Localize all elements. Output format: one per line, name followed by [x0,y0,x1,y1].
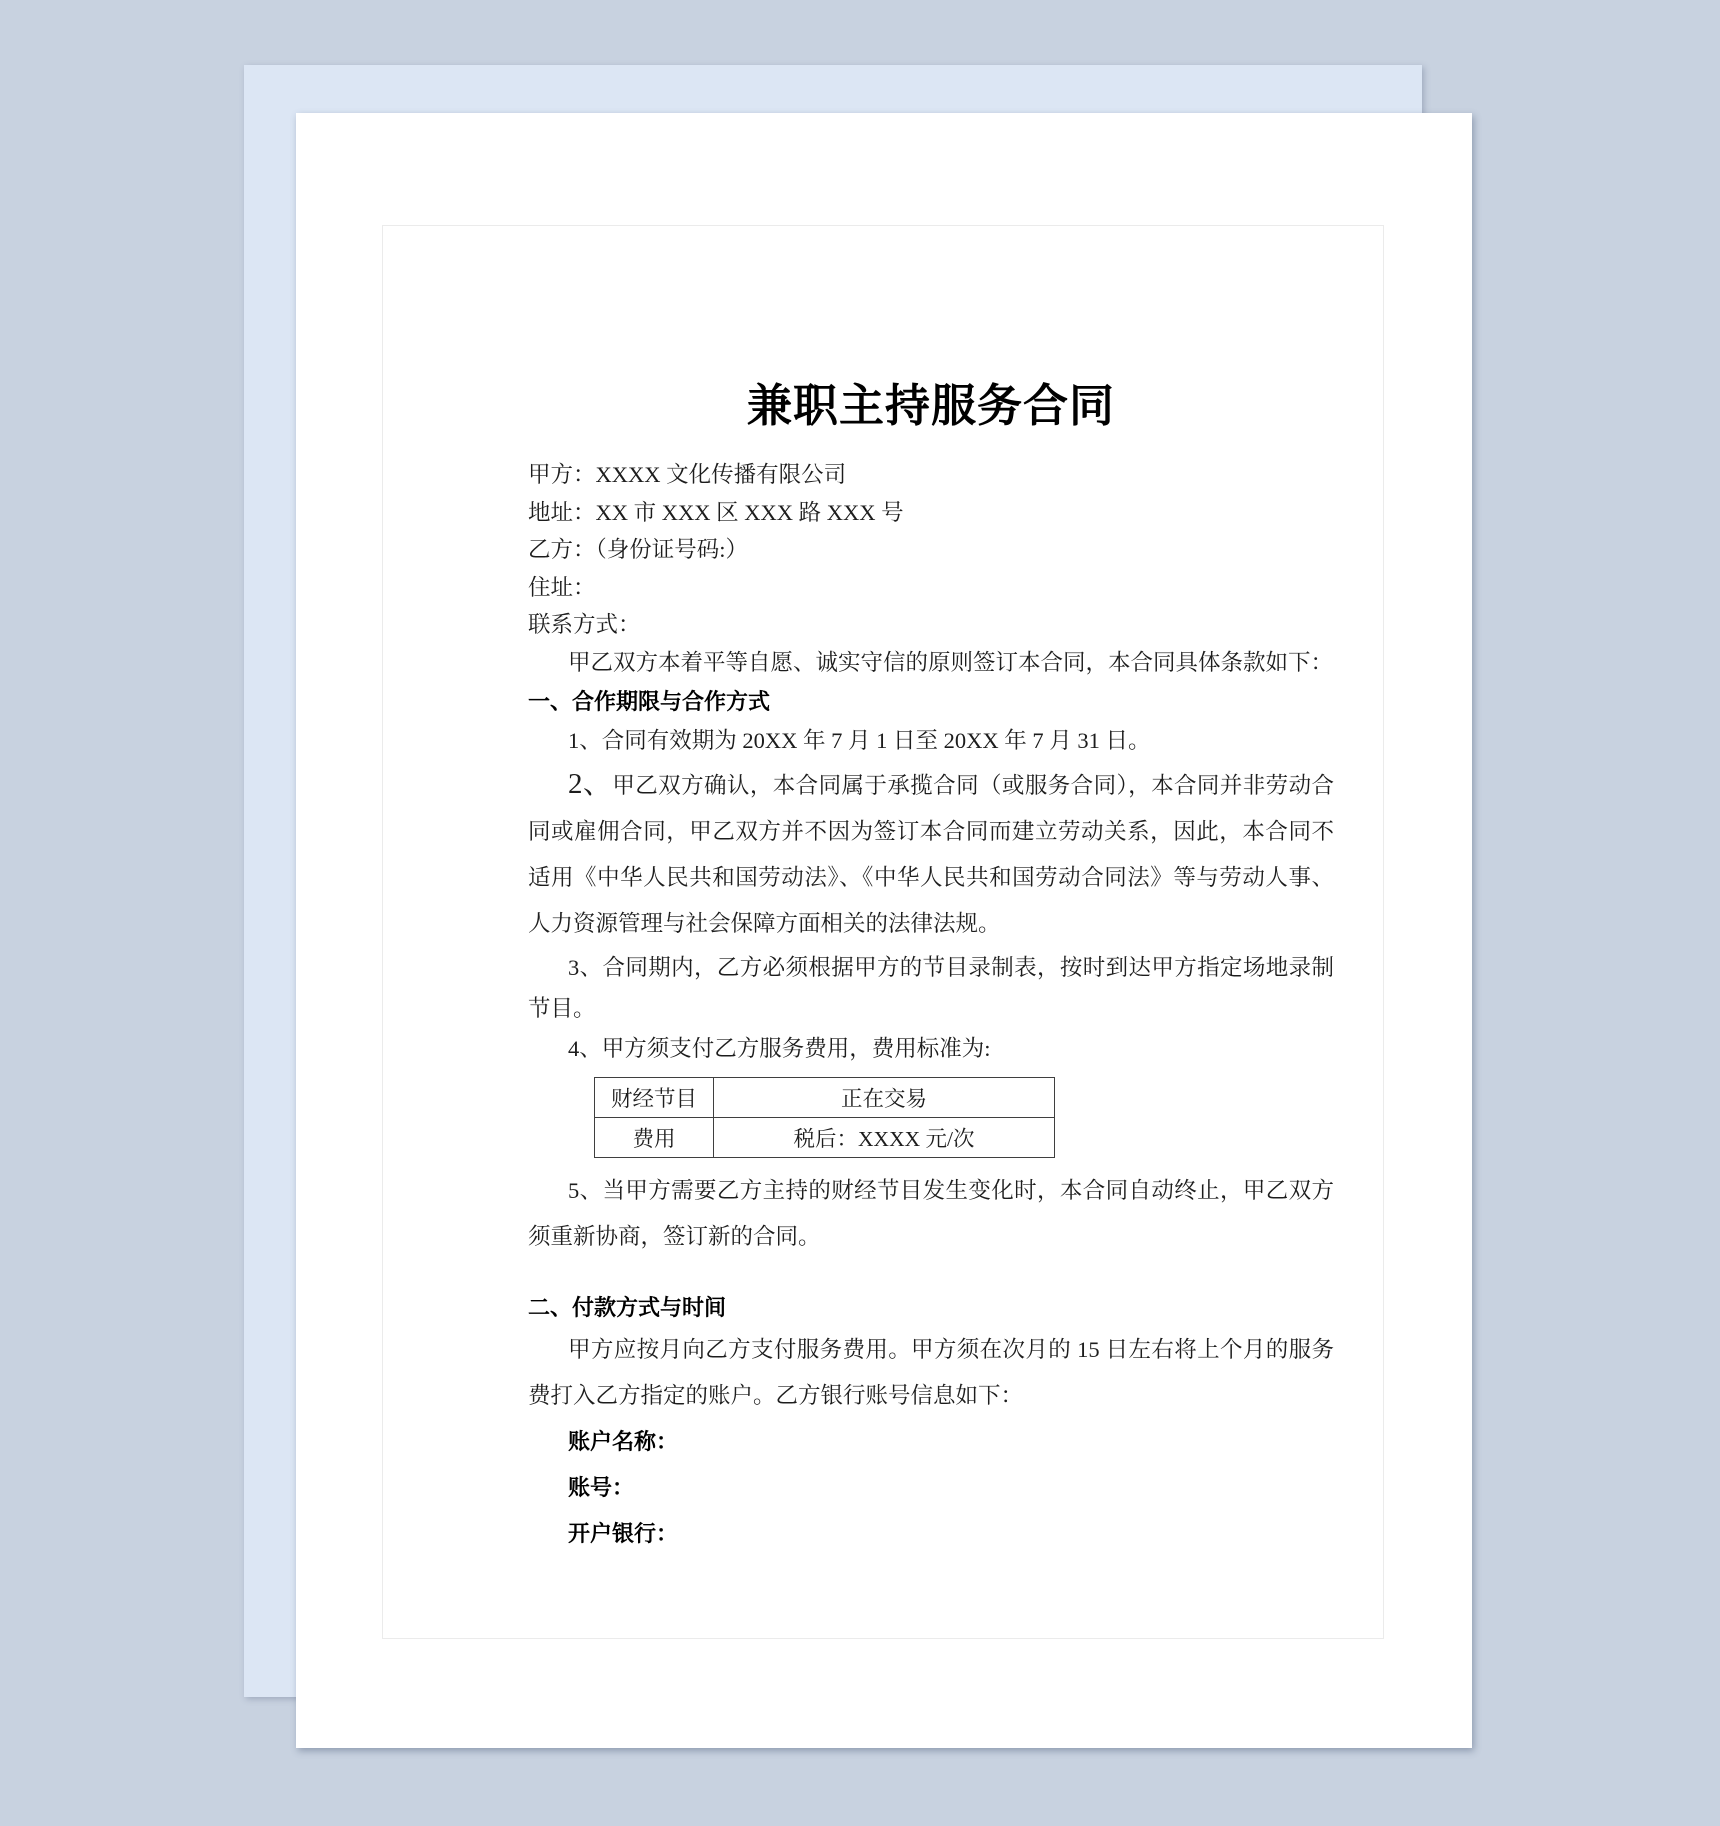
document-title: 兼职主持服务合同 [528,378,1334,434]
fee-table-cell-fee-value: 税后：XXXX 元/次 [714,1117,1055,1157]
item2-text: 甲乙双方确认，本合同属于承揽合同（或服务合同），本合同并非劳动合同或雇佣合同，甲… [528,773,1334,936]
item2-number: 2、 [568,768,612,800]
bank-name-line: 开户银行： [528,1511,1334,1557]
party-a-line: 甲方：XXXX 文化传播有限公司 [528,456,1334,494]
table-row: 财经节目 正在交易 [595,1077,1055,1117]
party-a-address-line: 地址：XX 市 XXX 区 XXX 路 XXX 号 [528,494,1334,532]
intro-paragraph: 甲乙双方本着平等自愿、诚实守信的原则签订本合同，本合同具体条款如下： [528,644,1334,682]
fee-standard-table: 财经节目 正在交易 费用 税后：XXXX 元/次 [594,1077,1055,1158]
party-b-address-line: 住址： [528,569,1334,607]
section1-item3: 3、合同期内，乙方必须根据甲方的节目录制表，按时到达甲方指定场地录制节目。 [528,947,1334,1029]
table-row: 费用 税后：XXXX 元/次 [595,1117,1055,1157]
contact-method-line: 联系方式： [528,606,1334,644]
section1-item2: 2、甲乙双方确认，本合同属于承揽合同（或服务合同），本合同并非劳动合同或雇佣合同… [528,761,1334,947]
section1-item4: 4、甲方须支付乙方服务费用，费用标准为: [528,1029,1334,1069]
section1-item5: 5、当甲方需要乙方主持的财经节目发生变化时，本合同自动终止，甲乙双方须重新协商，… [528,1168,1334,1260]
section1-heading: 一、合作期限与合作方式 [528,682,1334,721]
section2-heading: 二、付款方式与时间 [528,1288,1334,1327]
fee-table-cell-program-label: 财经节目 [595,1077,714,1117]
desktop-background: 兼职主持服务合同 甲方：XXXX 文化传播有限公司 地址：XX 市 XXX 区 … [0,0,1720,1826]
document-page: 兼职主持服务合同 甲方：XXXX 文化传播有限公司 地址：XX 市 XXX 区 … [296,113,1472,1748]
fee-table-cell-program-value: 正在交易 [714,1077,1055,1117]
section-spacer [528,1260,1334,1288]
section2-paragraph: 甲方应按月向乙方支付服务费用。甲方须在次月的 15 日左右将上个月的服务费打入乙… [528,1327,1334,1419]
bank-account-number-line: 账号： [528,1465,1334,1511]
party-b-line: 乙方：（身份证号码:） [528,531,1334,569]
bank-account-name-line: 账户名称： [528,1419,1334,1465]
fee-table-cell-fee-label: 费用 [595,1117,714,1157]
document-content: 兼职主持服务合同 甲方：XXXX 文化传播有限公司 地址：XX 市 XXX 区 … [528,378,1334,1557]
section1-item1: 1、合同有效期为 20XX 年 7 月 1 日至 20XX 年 7 月 31 日… [528,721,1334,761]
